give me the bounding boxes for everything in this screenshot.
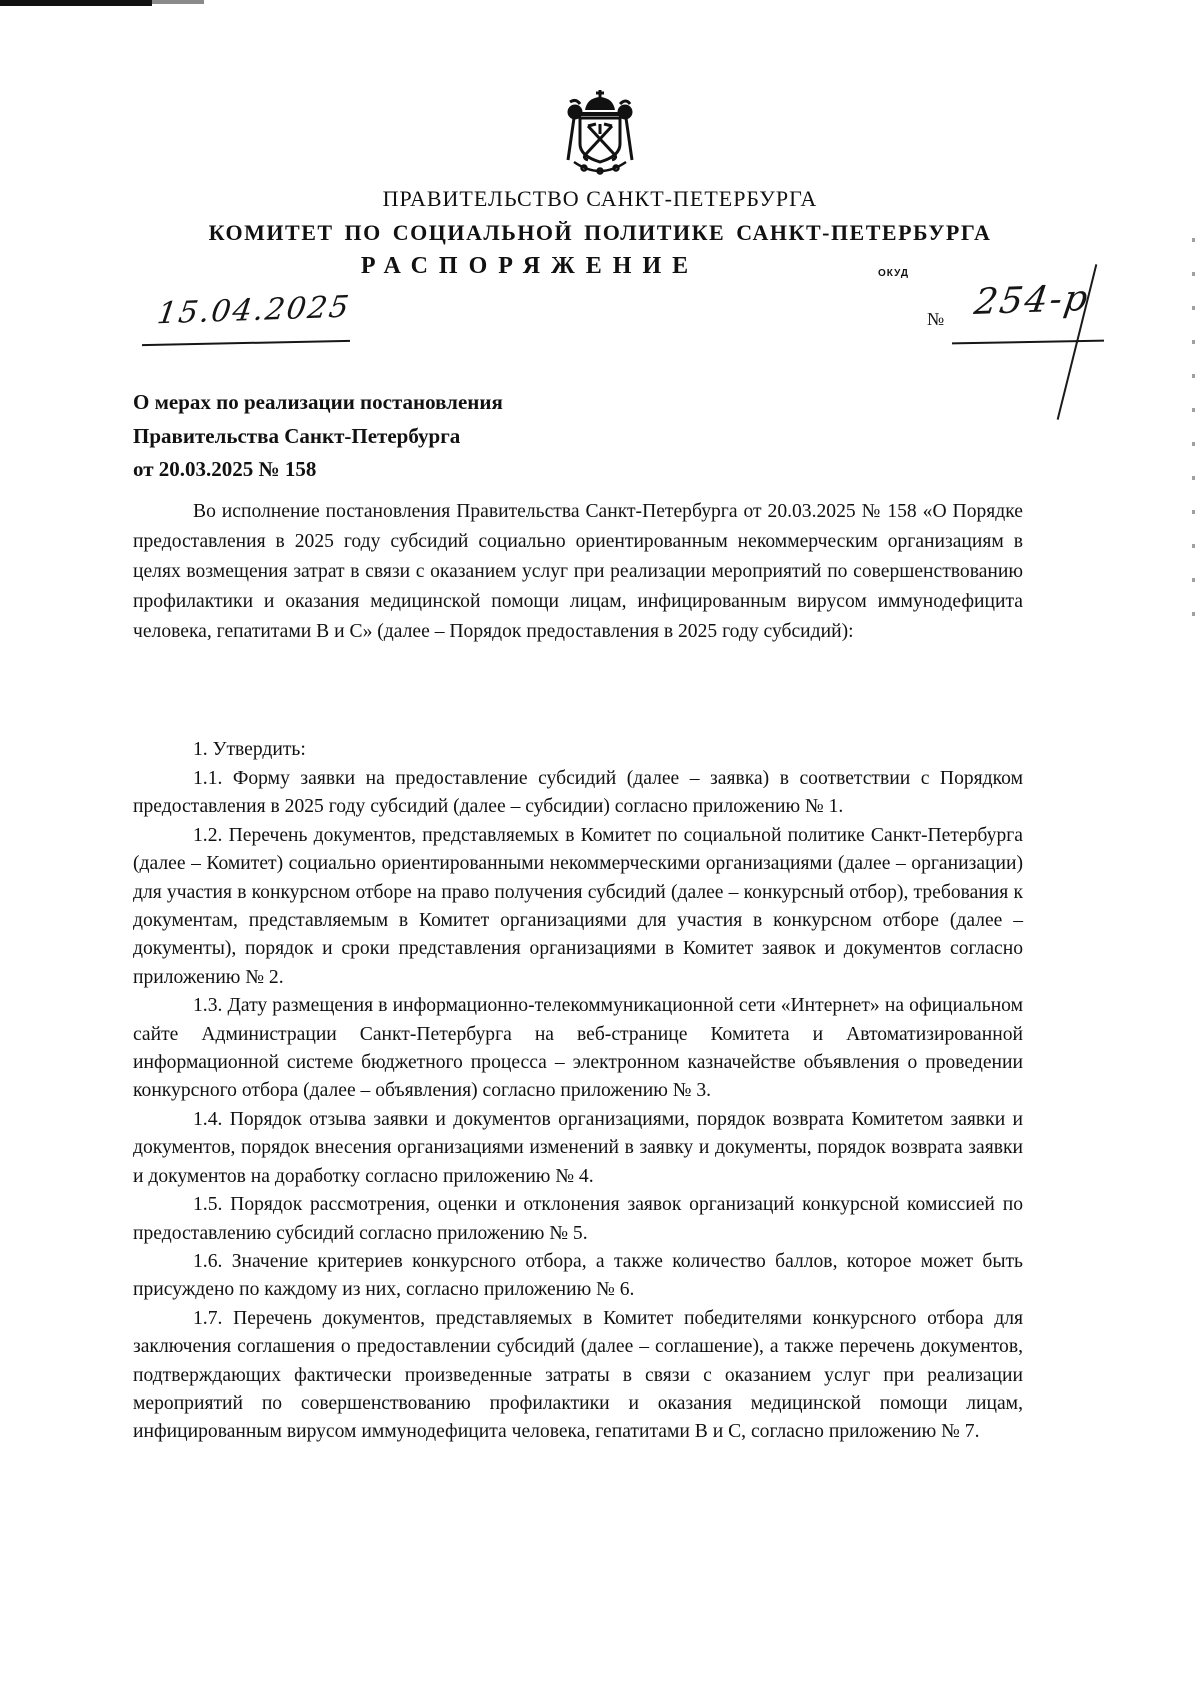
scan-artifact-top-gray <box>152 0 204 4</box>
clause-1-7: 1.7. Перечень документов, представляемых… <box>133 1305 1023 1447</box>
handwritten-document-number: 254-р <box>972 278 1092 323</box>
intro-paragraph: Во исполнение постановления Правительств… <box>133 497 1023 647</box>
document-number-label: № <box>927 309 944 330</box>
clause-1-1: 1.1. Форму заявки на предоставление субс… <box>133 765 1023 822</box>
number-underline <box>952 340 1104 345</box>
government-title: ПРАВИТЕЛЬСТВО САНКТ-ПЕТЕРБУРГА <box>0 186 1200 212</box>
clause-1-2: 1.2. Перечень документов, представляемых… <box>133 822 1023 992</box>
committee-title: КОМИТЕТ ПО СОЦИАЛЬНОЙ ПОЛИТИКЕ САНКТ-ПЕТ… <box>0 220 1200 246</box>
okud-label: ОКУД <box>878 268 909 279</box>
clause-1-5: 1.5. Порядок рассмотрения, оценки и откл… <box>133 1191 1023 1248</box>
clause-1-6: 1.6. Значение критериев конкурсного отбо… <box>133 1248 1023 1305</box>
clause-1-3: 1.3. Дату размещения в информационно-тел… <box>133 992 1023 1106</box>
subject-line-1: О мерах по реализации постановления <box>133 386 613 420</box>
handwritten-date: 15.04.2025 <box>155 290 353 332</box>
saint-petersburg-coat-of-arms-icon <box>540 88 660 188</box>
resolve-clause: 1. Утвердить: <box>133 735 1023 765</box>
document-body: Во исполнение постановления Правительств… <box>133 497 1023 1447</box>
document-subject: О мерах по реализации постановления Прав… <box>133 386 613 487</box>
clause-1-4: 1.4. Порядок отзыва заявки и документов … <box>133 1106 1023 1191</box>
scan-artifact-top <box>0 0 152 6</box>
subject-line-2: Правительства Санкт-Петербурга <box>133 420 613 454</box>
scanned-order-document: ПРАВИТЕЛЬСТВО САНКТ-ПЕТЕРБУРГА КОМИТЕТ П… <box>0 0 1200 1696</box>
date-underline <box>142 340 350 346</box>
scan-artifact-right-edge <box>1192 238 1195 628</box>
subject-line-3: от 20.03.2025 № 158 <box>133 453 613 487</box>
